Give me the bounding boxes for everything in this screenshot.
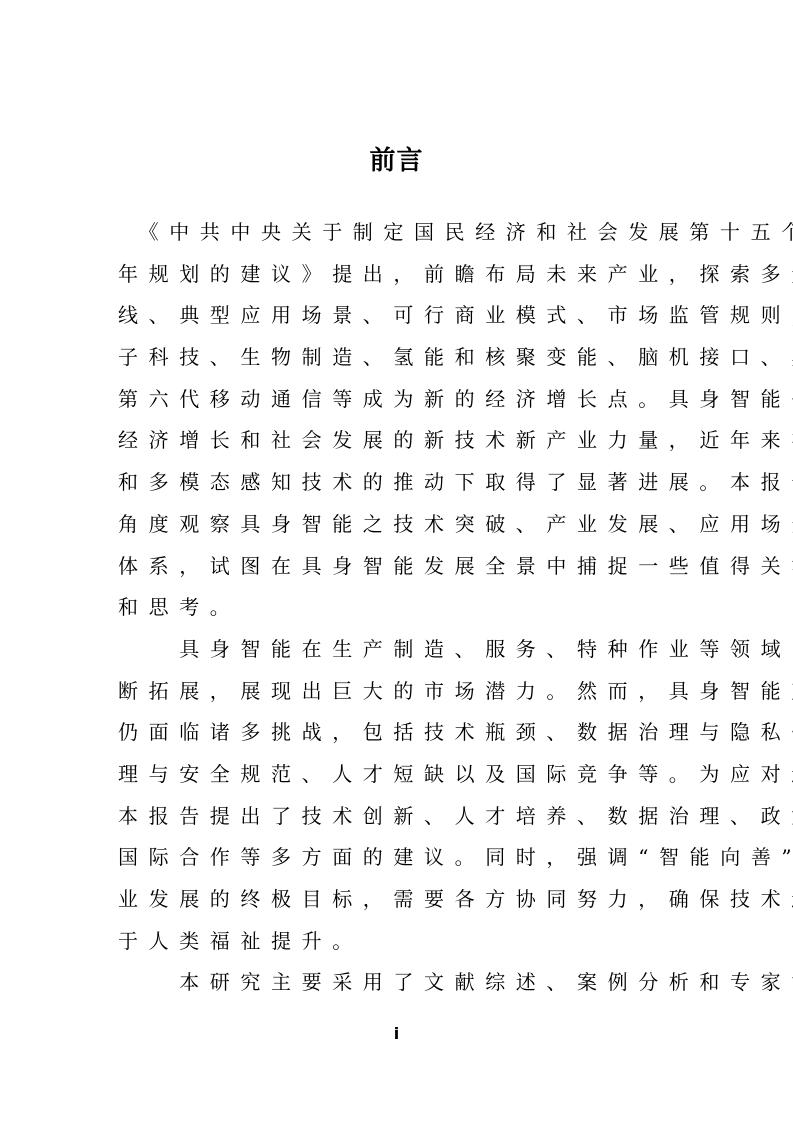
text-line-13: 仍面临诸多挑战，包括技术瓶颈、数据治理与隐私保护、伦 xyxy=(118,712,682,754)
text-line-16: 国际合作等多方面的建议。同时，强调“智能向善”是智能产 xyxy=(118,837,682,879)
text-line-7: 和多模态感知技术的推动下取得了显著进展。本报告从十个 xyxy=(118,462,682,504)
text-line-1: 《中共中央关于制定国民经济和社会发展第十五个五 xyxy=(118,212,682,254)
text-line-6: 经济增长和社会发展的新技术新产业力量，近年来在大模型 xyxy=(118,420,682,462)
text-line-11: 具身智能在生产制造、服务、特种作业等领域的应用不 xyxy=(118,629,682,671)
text-line-12: 断拓展，展现出巨大的市场潜力。然而，具身智能产业发展 xyxy=(118,671,682,713)
text-line-18: 于人类福祉提升。 xyxy=(118,921,682,963)
text-line-17: 业发展的终极目标，需要各方协同努力，确保技术进步服务 xyxy=(118,879,682,921)
page-title: 前言 xyxy=(0,145,793,177)
text-line-14: 理与安全规范、人才短缺以及国际竞争等。为应对这些挑战， xyxy=(118,754,682,796)
text-line-10: 和思考。 xyxy=(118,587,682,629)
text-line-8: 角度观察具身智能之技术突破、产业发展、应用场景和治理 xyxy=(118,504,682,546)
text-line-15: 本报告提出了技术创新、人才培养、数据治理、政策支持和 xyxy=(118,796,682,838)
text-line-2: 年规划的建议》提出，前瞻布局未来产业，探索多元技术路 xyxy=(118,254,682,296)
document-page: 前言 《中共中央关于制定国民经济和社会发展第十五个五 年规划的建议》提出，前瞻布… xyxy=(0,0,793,1122)
text-line-3: 线、典型应用场景、可行商业模式、市场监管规则，推动量 xyxy=(118,295,682,337)
text-line-9: 体系，试图在具身智能发展全景中捕捉一些值得关注的亮点 xyxy=(118,546,682,588)
page-number: i xyxy=(0,1024,793,1044)
text-line-4: 子科技、生物制造、氢能和核聚变能、脑机接口、具身智能、 xyxy=(118,337,682,379)
text-line-19: 本研究主要采用了文献综述、案例分析和专家访谈等研 xyxy=(118,962,682,1004)
body-text: 《中共中央关于制定国民经济和社会发展第十五个五 年规划的建议》提出，前瞻布局未来… xyxy=(118,212,682,1004)
text-line-5: 第六代移动通信等成为新的经济增长点。具身智能作为推动 xyxy=(118,379,682,421)
